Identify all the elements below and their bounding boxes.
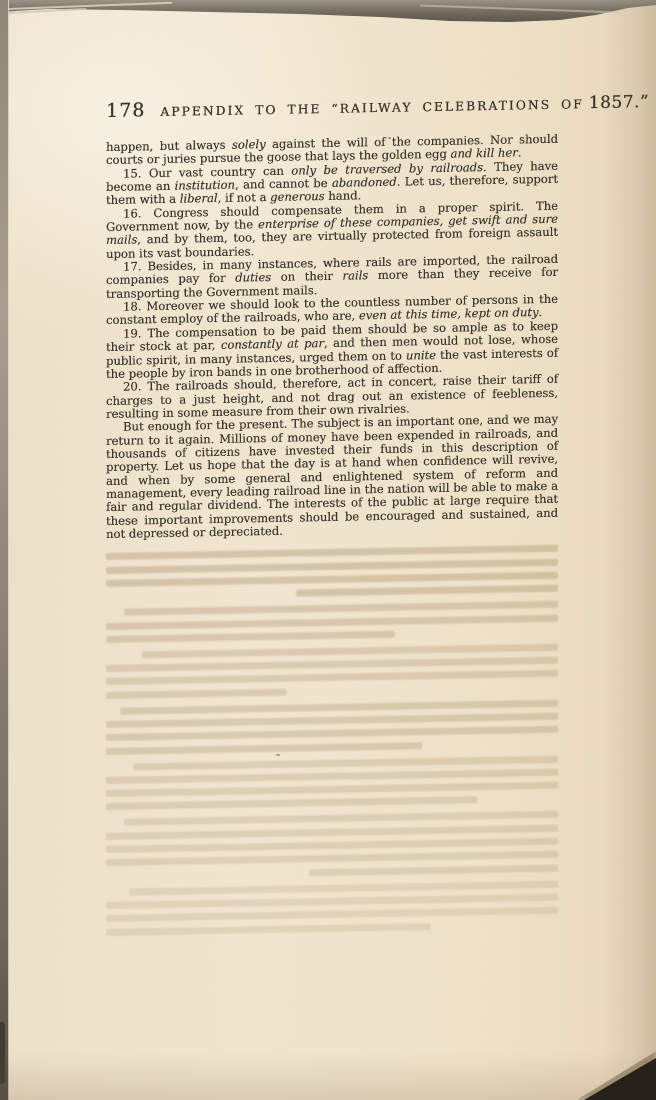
bleedthrough-paragraph	[106, 545, 558, 600]
bleedthrough-paragraph	[106, 699, 558, 754]
paper-speck	[276, 754, 280, 756]
header-title: APPENDIX TO THE “RAILWAY CELEBRATIONS OF	[160, 97, 583, 119]
page-content: 178 APPENDIX TO THE “RAILWAY CELEBRATION…	[106, 92, 558, 945]
book-left-binding-edge	[0, 0, 9, 1100]
scanned-book-page: 178 APPENDIX TO THE “RAILWAY CELEBRATION…	[0, 0, 656, 1100]
body-text: happen, but always solely against the wi…	[106, 133, 558, 542]
page-curve-shadow-right	[600, 0, 656, 1100]
page-shadow-bottom	[0, 1052, 656, 1100]
page-number: 178	[106, 99, 145, 122]
bleedthrough-text	[106, 545, 558, 936]
bleedthrough-paragraph	[106, 811, 558, 879]
paragraph: But enough for the present. The subject …	[106, 413, 558, 541]
bleedthrough-paragraph	[106, 755, 558, 810]
bleedthrough-paragraph	[106, 880, 558, 935]
paper-speck	[388, 137, 391, 139]
paragraph: 16. Congress should compensate them in a…	[106, 199, 558, 261]
running-header: 178 APPENDIX TO THE “RAILWAY CELEBRATION…	[106, 92, 558, 122]
paragraph: 19. The compensation to be paid them sho…	[106, 320, 558, 382]
bleedthrough-paragraph	[106, 644, 558, 699]
bleedthrough-paragraph	[106, 601, 558, 643]
